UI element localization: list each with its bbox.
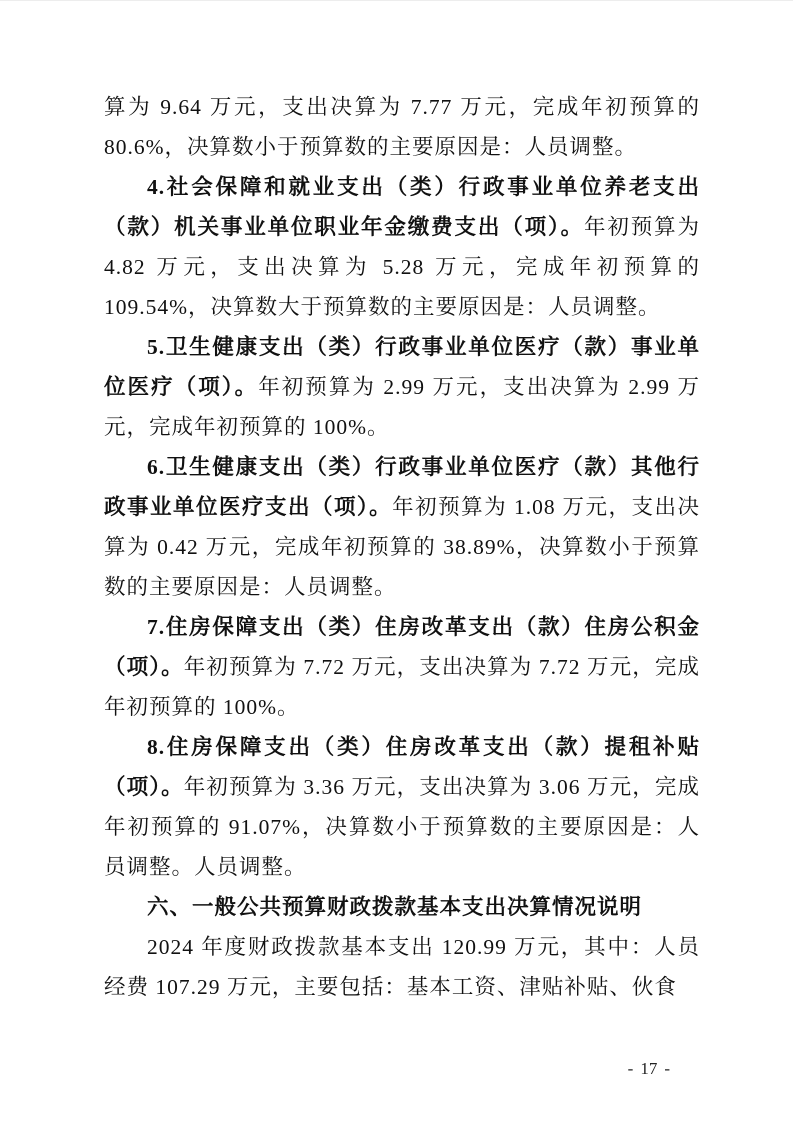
basic-expenditure-paragraph: 2024 年度财政拨款基本支出 120.99 万元，其中：人员经费 107.29… xyxy=(104,927,700,1007)
text-block: 算为 9.64 万元，支出决算为 7.77 万元，完成年初预算的 80.6%，决… xyxy=(104,87,700,1007)
page-number-dash-left: - xyxy=(628,1057,634,1081)
budget-item-7: 7.住房保障支出（类）住房改革支出（款）住房公积金（项）。年初预算为 7.72 … xyxy=(104,607,700,727)
page-number-dash-right: - xyxy=(664,1057,670,1081)
budget-item-6: 6.卫生健康支出（类）行政事业单位医疗（款）其他行政事业单位医疗支出（项）。年初… xyxy=(104,447,700,607)
budget-item-5: 5.卫生健康支出（类）行政事业单位医疗（款）事业单位医疗（项）。年初预算为 2.… xyxy=(104,327,700,447)
page-number-value: 17 xyxy=(640,1059,657,1078)
continuation-paragraph: 算为 9.64 万元，支出决算为 7.77 万元，完成年初预算的 80.6%，决… xyxy=(104,87,700,167)
budget-item-4: 4.社会保障和就业支出（类）行政事业单位养老支出（款）机关事业单位职业年金缴费支… xyxy=(104,167,700,327)
budget-item-7-detail: 年初预算为 7.72 万元，支出决算为 7.72 万元，完成年初预算的 100%… xyxy=(104,655,700,719)
budget-item-8: 8.住房保障支出（类）住房改革支出（款）提租补贴（项）。年初预算为 3.36 万… xyxy=(104,727,700,887)
page-number: -17- xyxy=(621,1057,677,1081)
document-page: 算为 9.64 万元，支出决算为 7.77 万元，完成年初预算的 80.6%，决… xyxy=(0,0,793,1122)
section-6-heading: 六、一般公共预算财政拨款基本支出决算情况说明 xyxy=(104,887,700,927)
budget-item-8-detail: 年初预算为 3.36 万元，支出决算为 3.06 万元，完成年初预算的 91.0… xyxy=(104,775,700,879)
